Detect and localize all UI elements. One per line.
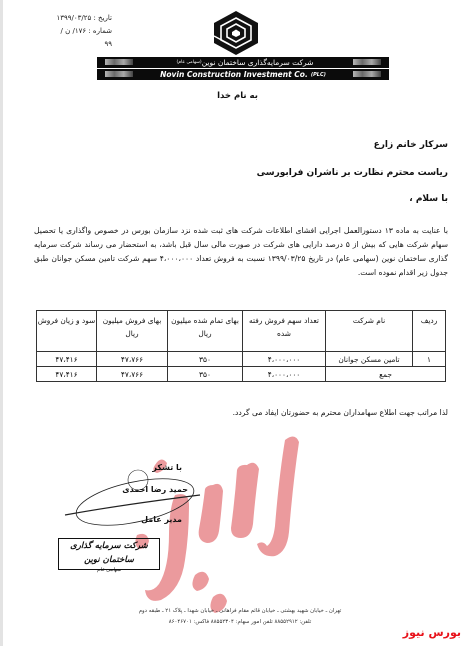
banner-noise [105,59,133,65]
banner-noise [353,59,381,65]
signature-scribble-icon [60,460,210,540]
signature-thanks: با تشکر [152,463,182,472]
addressee-title: ریاست محترم نظارت بر ناشران فرابورسی [257,168,448,178]
col-cost: بهای تمام شده میلیون ریال [168,311,243,352]
letter-body: با عنایت به ماده ۱۳ دستورالعمل اجرایی اف… [34,224,448,280]
stamp-company-name: شرکت سرمایه گذاری ساختمان نوین [70,541,148,565]
cell-total-cost: ۳۵۰ [168,367,243,382]
footer-phones: تلفن: ۸۸۵۵۲۹۱۲ تلفن امور سهام: ۸۸۵۵۲۳۰۴ … [100,619,380,625]
banner-noise [353,71,381,77]
stamp-company-type: سهامی عام [59,567,159,574]
company-type-fa: (سهامی عام) [177,60,202,65]
cell-total-label: جمع [326,367,446,382]
col-profit-loss: سود و زیان فروش [37,311,97,352]
cell-row-number: ۱ [413,352,446,367]
company-name-fa: شرکت سرمایه‌گذاری ساختمان نوین [202,58,314,67]
bourse-news-brand: بورس نیوز [403,626,461,639]
bismillah-heading: به نام خدا [0,91,475,101]
cell-sale-price: ۴۷،۷۶۶ [97,352,168,367]
signatory-name: حمید رضا احمدی [122,485,188,494]
letter-number: شماره : ۱۷۶/ ن / ۹۹ [52,25,112,51]
letter-meta: تاریخ : ۱۳۹۹/۰۳/۲۵ شماره : ۱۷۶/ ن / ۹۹ [52,12,112,51]
col-shares-sold: تعداد سهم فروش رفته شده [243,311,326,352]
cell-cost: ۳۵۰ [168,352,243,367]
closing-line: لذا مراتب جهت اطلاع سهامداران محترم به ح… [233,408,448,417]
company-name-en: Novin Construction Investment Co. [160,70,308,79]
cell-total-profit: ۴۷،۴۱۶ [37,367,97,382]
footer-address: تهران ـ خیابان شهید بهشتی ـ خیابان قائم … [100,608,380,614]
company-type-en: (PLC) [311,72,326,78]
cell-shares-sold: ۴،۰۰۰،۰۰۰ [243,352,326,367]
cell-company-name: تامین مسکن جوانان [326,352,413,367]
signatory-title: مدیر عامل [141,515,182,524]
table-row: ۱ تامین مسکن جوانان ۴،۰۰۰،۰۰۰ ۳۵۰ ۴۷،۷۶۶… [37,352,446,367]
cell-profit-loss: ۴۷،۴۱۶ [37,352,97,367]
company-banner-en: Novin Construction Investment Co. (PLC) [97,69,389,80]
hexagon-spiral-logo-icon [211,10,261,56]
col-sale-price: بهای فروش میلیون ریال [97,311,168,352]
company-banner-fa: شرکت سرمایه‌گذاری ساختمان نوین (سهامی عا… [97,57,389,68]
addressee-name: سرکار خانم زارع [374,140,448,150]
sales-table: ردیف نام شرکت تعداد سهم فروش رفته شده به… [36,310,446,382]
cell-total-shares: ۴،۰۰۰،۰۰۰ [243,367,326,382]
table-total-row: جمع ۴،۰۰۰،۰۰۰ ۳۵۰ ۴۷،۷۶۶ ۴۷،۴۱۶ [37,367,446,382]
cell-total-sale: ۴۷،۷۶۶ [97,367,168,382]
company-stamp: شرکت سرمایه گذاری ساختمان نوین سهامی عام [58,538,160,570]
col-row-number: ردیف [413,311,446,352]
table-header-row: ردیف نام شرکت تعداد سهم فروش رفته شده به… [37,311,446,352]
letter-date: تاریخ : ۱۳۹۹/۰۳/۲۵ [52,12,112,25]
banner-noise [105,71,133,77]
greeting: با سلام ، [409,194,448,204]
col-company-name: نام شرکت [326,311,413,352]
